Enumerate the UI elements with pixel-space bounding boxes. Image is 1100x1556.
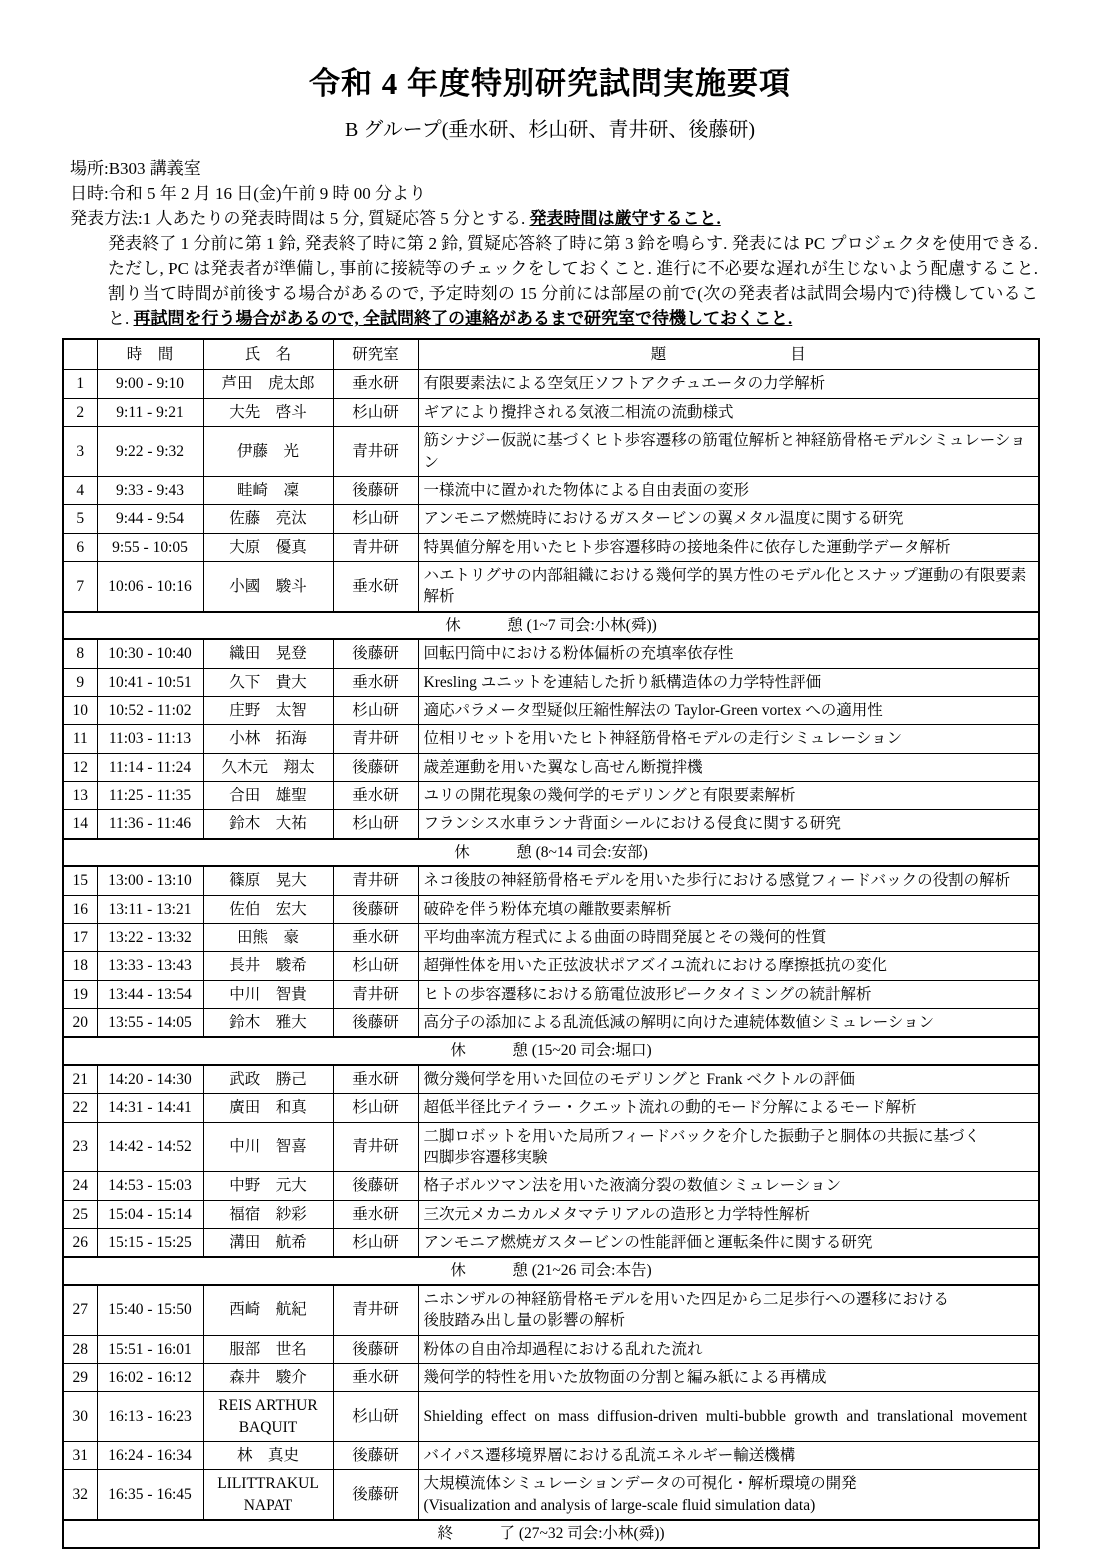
cell-no: 22: [63, 1094, 97, 1122]
cell-time: 11:14 - 11:24: [97, 753, 203, 781]
cell-lab: 後藤研: [333, 1172, 418, 1200]
table-row: 2715:40 - 15:50西崎 航紀青井研ニホンザルの神経筋骨格モデルを用い…: [63, 1285, 1039, 1335]
cell-name: 福宿 紗彩: [203, 1200, 333, 1228]
table-row: 910:41 - 10:51久下 貴大垂水研Kresling ユニットを連結した…: [63, 668, 1039, 696]
cell-title: 回転円筒中における粉体偏析の充填率依存性: [418, 639, 1039, 668]
cell-lab: 杉山研: [333, 1392, 418, 1442]
cell-title: 歳差運動を用いた翼なし高せん断撹拌機: [418, 753, 1039, 781]
cell-lab: 杉山研: [333, 1229, 418, 1258]
cell-title: バイパス遷移境界層における乱流エネルギー輸送機構: [418, 1442, 1039, 1470]
cell-title: 超弾性体を用いた正弦波状ポアズイユ流れにおける摩擦抵抗の変化: [418, 952, 1039, 980]
table-row: 2214:31 - 14:41廣田 和真杉山研超低半径比テイラー・クエット流れの…: [63, 1094, 1039, 1122]
cell-lab: 杉山研: [333, 1094, 418, 1122]
cell-no: 15: [63, 866, 97, 895]
table-row: 2314:42 - 14:52中川 智喜青井研二脚ロボットを用いた局所フィードバ…: [63, 1122, 1039, 1172]
table-row: 59:44 - 9:54佐藤 亮汰杉山研アンモニア燃焼時におけるガスタービンの翼…: [63, 505, 1039, 533]
table-row: 1913:44 - 13:54中川 智貴青井研ヒトの歩容遷移における筋電位波形ピ…: [63, 980, 1039, 1008]
cell-lab: 後藤研: [333, 1009, 418, 1038]
section-break-row: 終 了 (27~32 司会:小林(舜)): [63, 1520, 1039, 1547]
cell-title: 平均曲率流方程式による曲面の時間発展とその幾何的性質: [418, 923, 1039, 951]
schedule-table-body: 19:00 - 9:10芦田 虎太郎垂水研有限要素法による空気圧ソフトアクチュエ…: [63, 370, 1039, 1548]
break-label: 終 了 (27~32 司会:小林(舜)): [63, 1520, 1039, 1547]
cell-name: 長井 駿希: [203, 952, 333, 980]
cell-no: 17: [63, 923, 97, 951]
cell-name: 芦田 虎太郎: [203, 370, 333, 398]
cell-lab: 垂水研: [333, 1363, 418, 1391]
cell-lab: 垂水研: [333, 1065, 418, 1094]
cell-title: 高分子の添加による乱流低減の解明に向けた連続体数値シミュレーション: [418, 1009, 1039, 1038]
cell-lab: 垂水研: [333, 923, 418, 951]
header-topic: 題 目: [418, 339, 1039, 370]
cell-name: 合田 雄聖: [203, 782, 333, 810]
break-label: 休 憩 (8~14 司会:安部): [63, 839, 1039, 866]
cell-lab: 後藤研: [333, 1470, 418, 1520]
cell-title: Shielding effect on mass diffusion-drive…: [418, 1392, 1039, 1442]
cell-no: 23: [63, 1122, 97, 1172]
cell-lab: 杉山研: [333, 810, 418, 839]
cell-title: 超低半径比テイラー・クエット流れの動的モード分解によるモード解析: [418, 1094, 1039, 1122]
cell-lab: 杉山研: [333, 952, 418, 980]
cell-time: 9:22 - 9:32: [97, 427, 203, 477]
cell-time: 16:35 - 16:45: [97, 1470, 203, 1520]
table-row: 1111:03 - 11:13小林 拓海青井研位相リセットを用いたヒト神経筋骨格…: [63, 725, 1039, 753]
cell-title: アンモニア燃焼ガスタービンの性能評価と運転条件に関する研究: [418, 1229, 1039, 1258]
cell-title: ニホンザルの神経筋骨格モデルを用いた四足から二足歩行への遷移における 後肢踏み出…: [418, 1285, 1039, 1335]
cell-title: 微分幾何学を用いた回位のモデリングと Frank ベクトルの評価: [418, 1065, 1039, 1094]
cell-name: 溝田 航希: [203, 1229, 333, 1258]
header-lab: 研究室: [333, 339, 418, 370]
cell-no: 3: [63, 427, 97, 477]
cell-lab: 後藤研: [333, 753, 418, 781]
cell-no: 18: [63, 952, 97, 980]
cell-lab: 青井研: [333, 427, 418, 477]
table-row: 29:11 - 9:21大先 啓斗杉山研ギアにより攪拌される気液二相流の流動様式: [63, 398, 1039, 426]
cell-time: 15:51 - 16:01: [97, 1335, 203, 1363]
cell-no: 10: [63, 696, 97, 724]
table-row: 1411:36 - 11:46鈴木 大祐杉山研フランシス水車ランナ背面シールにお…: [63, 810, 1039, 839]
cell-name: 森井 駿介: [203, 1363, 333, 1391]
cell-no: 19: [63, 980, 97, 1008]
cell-time: 14:53 - 15:03: [97, 1172, 203, 1200]
method-emphasis: 発表時間は厳守すること.: [529, 209, 720, 228]
cell-no: 1: [63, 370, 97, 398]
table-row: 2013:55 - 14:05鈴木 雅大後藤研高分子の添加による乱流低減の解明に…: [63, 1009, 1039, 1038]
cell-title: ヒトの歩容遷移における筋電位波形ピークタイミングの統計解析: [418, 980, 1039, 1008]
cell-time: 15:40 - 15:50: [97, 1285, 203, 1335]
cell-lab: 青井研: [333, 1122, 418, 1172]
cell-no: 7: [63, 562, 97, 612]
cell-lab: 垂水研: [333, 1200, 418, 1228]
location-line: 場所:B303 講義室: [70, 156, 1038, 181]
cell-title: ネコ後肢の神経筋骨格モデルを用いた歩行における感覚フィードバックの役割の解析: [418, 866, 1039, 895]
cell-title: 大規模流体シミュレーションデータの可視化・解析環境の開発 (Visualizat…: [418, 1470, 1039, 1520]
section-break-row: 休 憩 (15~20 司会:堀口): [63, 1037, 1039, 1064]
cell-name: 中野 元大: [203, 1172, 333, 1200]
table-row: 1613:11 - 13:21佐伯 宏大後藤研破砕を伴う粉体充填の離散要素解析: [63, 895, 1039, 923]
table-row: 39:22 - 9:32伊藤 光青井研筋シナジー仮説に基づくヒト歩容遷移の筋電位…: [63, 427, 1039, 477]
info-block: 場所:B303 講義室 日時:令和 5 年 2 月 16 日(金)午前 9 時 …: [70, 156, 1038, 331]
table-row: 1513:00 - 13:10篠原 晃大青井研ネコ後肢の神経筋骨格モデルを用いた…: [63, 866, 1039, 895]
cell-name: 西崎 航紀: [203, 1285, 333, 1335]
cell-name: 中川 智喜: [203, 1122, 333, 1172]
cell-time: 13:55 - 14:05: [97, 1009, 203, 1038]
cell-time: 11:36 - 11:46: [97, 810, 203, 839]
header-name: 氏 名: [203, 339, 333, 370]
cell-time: 11:25 - 11:35: [97, 782, 203, 810]
header-no: [63, 339, 97, 370]
cell-title: 粉体の自由冷却過程における乱れた流れ: [418, 1335, 1039, 1363]
cell-name: 篠原 晃大: [203, 866, 333, 895]
table-row: 3016:13 - 16:23REIS ARTHUR BAQUIT杉山研Shie…: [63, 1392, 1039, 1442]
table-row: 2414:53 - 15:03中野 元大後藤研格子ボルツマン法を用いた液滴分裂の…: [63, 1172, 1039, 1200]
document-page: 令和 4 年度特別研究試問実施要項 B グループ(垂水研、杉山研、青井研、後藤研…: [0, 0, 1100, 1556]
cell-name: 廣田 和真: [203, 1094, 333, 1122]
cell-time: 9:55 - 10:05: [97, 533, 203, 561]
page-title: 令和 4 年度特別研究試問実施要項: [62, 58, 1038, 103]
table-row: 1813:33 - 13:43長井 駿希杉山研超弾性体を用いた正弦波状ポアズイユ…: [63, 952, 1039, 980]
table-row: 1713:22 - 13:32田熊 豪垂水研平均曲率流方程式による曲面の時間発展…: [63, 923, 1039, 951]
cell-title: 有限要素法による空気圧ソフトアクチュエータの力学解析: [418, 370, 1039, 398]
cell-time: 11:03 - 11:13: [97, 725, 203, 753]
table-row: 2916:02 - 16:12森井 駿介垂水研幾何学的特性を用いた放物面の分割と…: [63, 1363, 1039, 1391]
table-row: 1211:14 - 11:24久木元 翔太後藤研歳差運動を用いた翼なし高せん断撹…: [63, 753, 1039, 781]
break-label: 休 憩 (1~7 司会:小林(舜)): [63, 612, 1039, 639]
cell-no: 4: [63, 476, 97, 504]
cell-lab: 青井研: [333, 1285, 418, 1335]
table-row: 1311:25 - 11:35合田 雄聖垂水研ユリの開花現象の幾何学的モデリング…: [63, 782, 1039, 810]
cell-time: 14:42 - 14:52: [97, 1122, 203, 1172]
cell-no: 30: [63, 1392, 97, 1442]
cell-name: 鈴木 雅大: [203, 1009, 333, 1038]
cell-time: 10:06 - 10:16: [97, 562, 203, 612]
cell-lab: 垂水研: [333, 782, 418, 810]
cell-name: 小國 駿斗: [203, 562, 333, 612]
cell-title: ユリの開花現象の幾何学的モデリングと有限要素解析: [418, 782, 1039, 810]
cell-no: 6: [63, 533, 97, 561]
cell-no: 13: [63, 782, 97, 810]
cell-name: 武政 勝己: [203, 1065, 333, 1094]
cell-time: 16:13 - 16:23: [97, 1392, 203, 1442]
notes-emphasis: 再試問を行う場合があるので, 全試問終了の連絡があるまで研究室で待機しておくこと…: [134, 309, 793, 328]
table-row: 2114:20 - 14:30武政 勝己垂水研微分幾何学を用いた回位のモデリング…: [63, 1065, 1039, 1094]
cell-time: 10:41 - 10:51: [97, 668, 203, 696]
cell-title: フランシス水車ランナ背面シールにおける侵食に関する研究: [418, 810, 1039, 839]
cell-title: 格子ボルツマン法を用いた液滴分裂の数値シミュレーション: [418, 1172, 1039, 1200]
cell-name: 大原 優真: [203, 533, 333, 561]
cell-title: 幾何学的特性を用いた放物面の分割と編み紙による再構成: [418, 1363, 1039, 1391]
cell-time: 14:20 - 14:30: [97, 1065, 203, 1094]
cell-no: 26: [63, 1229, 97, 1258]
cell-name: 鈴木 大祐: [203, 810, 333, 839]
cell-name: REIS ARTHUR BAQUIT: [203, 1392, 333, 1442]
cell-time: 15:15 - 15:25: [97, 1229, 203, 1258]
cell-time: 13:00 - 13:10: [97, 866, 203, 895]
cell-name: 庄野 太智: [203, 696, 333, 724]
cell-time: 13:44 - 13:54: [97, 980, 203, 1008]
cell-lab: 垂水研: [333, 370, 418, 398]
table-row: 69:55 - 10:05大原 優真青井研特異値分解を用いたヒト歩容遷移時の接地…: [63, 533, 1039, 561]
cell-time: 14:31 - 14:41: [97, 1094, 203, 1122]
cell-no: 28: [63, 1335, 97, 1363]
cell-lab: 杉山研: [333, 398, 418, 426]
cell-lab: 後藤研: [333, 1335, 418, 1363]
cell-no: 11: [63, 725, 97, 753]
cell-title: Kresling ユニットを連結した折り紙構造体の力学特性評価: [418, 668, 1039, 696]
cell-lab: 垂水研: [333, 668, 418, 696]
cell-lab: 青井研: [333, 980, 418, 1008]
table-row: 3116:24 - 16:34林 真史後藤研バイパス遷移境界層における乱流エネル…: [63, 1442, 1039, 1470]
cell-name: 服部 世名: [203, 1335, 333, 1363]
cell-no: 14: [63, 810, 97, 839]
cell-title: 筋シナジー仮説に基づくヒト歩容遷移の筋電位解析と神経筋骨格モデルシミュレーション: [418, 427, 1039, 477]
cell-name: 佐伯 宏大: [203, 895, 333, 923]
cell-no: 12: [63, 753, 97, 781]
section-break-row: 休 憩 (21~26 司会:本告): [63, 1257, 1039, 1284]
cell-time: 13:22 - 13:32: [97, 923, 203, 951]
schedule-table: 時 間 氏 名 研究室 題 目 19:00 - 9:10芦田 虎太郎垂水研有限要…: [62, 338, 1040, 1549]
cell-title: 破砕を伴う粉体充填の離散要素解析: [418, 895, 1039, 923]
cell-title: アンモニア燃焼時におけるガスタービンの翼メタル温度に関する研究: [418, 505, 1039, 533]
cell-title: 適応パラメータ型疑似圧縮性解法の Taylor-Green vortex への適…: [418, 696, 1039, 724]
cell-no: 24: [63, 1172, 97, 1200]
break-label: 休 憩 (15~20 司会:堀口): [63, 1037, 1039, 1064]
cell-name: 佐藤 亮汰: [203, 505, 333, 533]
table-header-row: 時 間 氏 名 研究室 題 目: [63, 339, 1039, 370]
cell-no: 2: [63, 398, 97, 426]
cell-name: 林 真史: [203, 1442, 333, 1470]
cell-time: 16:02 - 16:12: [97, 1363, 203, 1391]
cell-no: 31: [63, 1442, 97, 1470]
cell-no: 27: [63, 1285, 97, 1335]
cell-time: 15:04 - 15:14: [97, 1200, 203, 1228]
cell-name: 織田 晃登: [203, 639, 333, 668]
cell-no: 21: [63, 1065, 97, 1094]
cell-name: 伊藤 光: [203, 427, 333, 477]
cell-title: 三次元メカニカルメタマテリアルの造形と力学特性解析: [418, 1200, 1039, 1228]
cell-lab: 杉山研: [333, 696, 418, 724]
cell-name: 久下 貴大: [203, 668, 333, 696]
cell-time: 13:33 - 13:43: [97, 952, 203, 980]
cell-name: 久木元 翔太: [203, 753, 333, 781]
cell-lab: 後藤研: [333, 476, 418, 504]
cell-title: 位相リセットを用いたヒト神経筋骨格モデルの走行シミュレーション: [418, 725, 1039, 753]
cell-lab: 青井研: [333, 866, 418, 895]
cell-no: 5: [63, 505, 97, 533]
table-row: 2515:04 - 15:14福宿 紗彩垂水研三次元メカニカルメタマテリアルの造…: [63, 1200, 1039, 1228]
cell-no: 8: [63, 639, 97, 668]
datetime-line: 日時:令和 5 年 2 月 16 日(金)午前 9 時 00 分より: [70, 181, 1038, 206]
cell-time: 9:00 - 9:10: [97, 370, 203, 398]
cell-no: 25: [63, 1200, 97, 1228]
cell-time: 10:30 - 10:40: [97, 639, 203, 668]
break-label: 休 憩 (21~26 司会:本告): [63, 1257, 1039, 1284]
method-line: 発表方法:1 人あたりの発表時間は 5 分, 質疑応答 5 分とする. 発表時間…: [70, 206, 1038, 231]
cell-lab: 後藤研: [333, 1442, 418, 1470]
cell-title: 特異値分解を用いたヒト歩容遷移時の接地条件に依存した運動学データ解析: [418, 533, 1039, 561]
table-row: 1010:52 - 11:02庄野 太智杉山研適応パラメータ型疑似圧縮性解法の …: [63, 696, 1039, 724]
notes-paragraph: 発表終了 1 分前に第 1 鈴, 発表終了時に第 2 鈴, 質疑応答終了時に第 …: [108, 231, 1038, 331]
cell-name: 田熊 豪: [203, 923, 333, 951]
cell-no: 32: [63, 1470, 97, 1520]
table-row: 2815:51 - 16:01服部 世名後藤研粉体の自由冷却過程における乱れた流…: [63, 1335, 1039, 1363]
cell-time: 9:11 - 9:21: [97, 398, 203, 426]
cell-title: 二脚ロボットを用いた局所フィードバックを介した振動子と胴体の共振に基づく 四脚歩…: [418, 1122, 1039, 1172]
cell-time: 13:11 - 13:21: [97, 895, 203, 923]
cell-no: 20: [63, 1009, 97, 1038]
cell-no: 29: [63, 1363, 97, 1391]
section-break-row: 休 憩 (1~7 司会:小林(舜)): [63, 612, 1039, 639]
cell-no: 16: [63, 895, 97, 923]
method-text: 発表方法:1 人あたりの発表時間は 5 分, 質疑応答 5 分とする.: [70, 209, 529, 228]
cell-title: 一様流中に置かれた物体による自由表面の変形: [418, 476, 1039, 504]
cell-lab: 後藤研: [333, 639, 418, 668]
cell-time: 9:33 - 9:43: [97, 476, 203, 504]
section-break-row: 休 憩 (8~14 司会:安部): [63, 839, 1039, 866]
cell-name: 大先 啓斗: [203, 398, 333, 426]
cell-time: 10:52 - 11:02: [97, 696, 203, 724]
cell-lab: 後藤研: [333, 895, 418, 923]
cell-lab: 青井研: [333, 725, 418, 753]
cell-lab: 杉山研: [333, 505, 418, 533]
cell-name: 中川 智貴: [203, 980, 333, 1008]
cell-no: 9: [63, 668, 97, 696]
cell-title: ギアにより攪拌される気液二相流の流動様式: [418, 398, 1039, 426]
cell-lab: 垂水研: [333, 562, 418, 612]
cell-name: 畦崎 凜: [203, 476, 333, 504]
cell-time: 16:24 - 16:34: [97, 1442, 203, 1470]
cell-name: LILITTRAKUL NAPAT: [203, 1470, 333, 1520]
cell-name: 小林 拓海: [203, 725, 333, 753]
cell-time: 9:44 - 9:54: [97, 505, 203, 533]
cell-title: ハエトリグサの内部組織における幾何学的異方性のモデル化とスナップ運動の有限要素解…: [418, 562, 1039, 612]
header-time: 時 間: [97, 339, 203, 370]
table-row: 3216:35 - 16:45LILITTRAKUL NAPAT後藤研大規模流体…: [63, 1470, 1039, 1520]
cell-lab: 青井研: [333, 533, 418, 561]
table-row: 2615:15 - 15:25溝田 航希杉山研アンモニア燃焼ガスタービンの性能評…: [63, 1229, 1039, 1258]
page-subtitle: B グループ(垂水研、杉山研、青井研、後藤研): [62, 113, 1038, 142]
table-row: 19:00 - 9:10芦田 虎太郎垂水研有限要素法による空気圧ソフトアクチュエ…: [63, 370, 1039, 398]
table-row: 49:33 - 9:43畦崎 凜後藤研一様流中に置かれた物体による自由表面の変形: [63, 476, 1039, 504]
table-row: 710:06 - 10:16小國 駿斗垂水研ハエトリグサの内部組織における幾何学…: [63, 562, 1039, 612]
table-row: 810:30 - 10:40織田 晃登後藤研回転円筒中における粉体偏析の充填率依…: [63, 639, 1039, 668]
